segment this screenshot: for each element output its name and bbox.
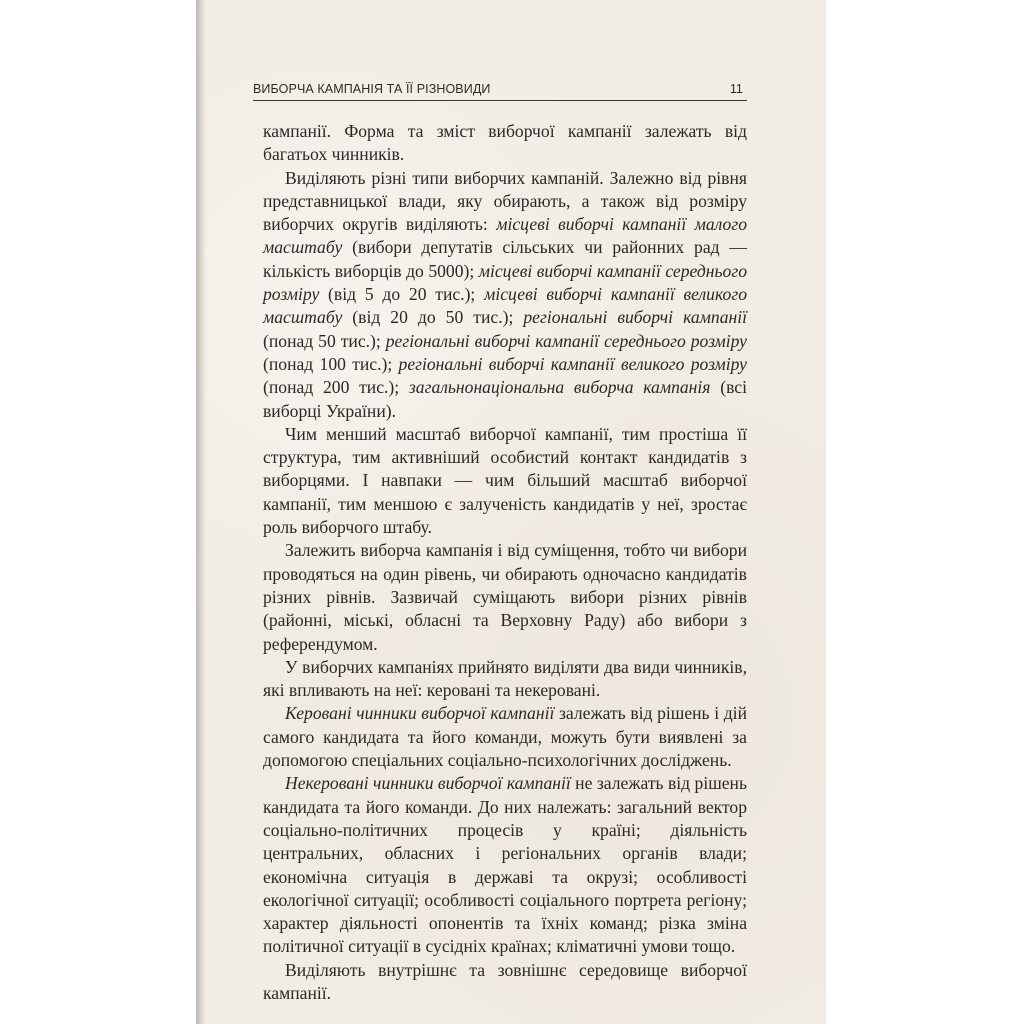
book-page: ВИБОРЧА КАМПАНІЯ ТА ЇЇ РІЗНОВИДИ 11 камп…	[196, 0, 826, 1024]
italic-term: Некеровані чинники виборчої кампанії	[285, 773, 571, 793]
running-header: ВИБОРЧА КАМПАНІЯ ТА ЇЇ РІЗНОВИДИ 11	[253, 80, 747, 101]
italic-term: загальнонаціональна виборча кампанія	[409, 377, 711, 397]
paragraph: Виділяють внутрішнє та зовнішнє середови…	[263, 959, 747, 1006]
paragraph: Керовані чинники виборчої кампанії залеж…	[263, 702, 747, 772]
paragraph: Чим менший масштаб виборчої кампанії, ти…	[263, 423, 747, 539]
text-segment: (понад 200 тис.);	[263, 377, 409, 397]
body-text: кампанії. Форма та зміст виборчої кампан…	[263, 120, 747, 1005]
chapter-title: ВИБОРЧА КАМПАНІЯ ТА ЇЇ РІЗНОВИДИ	[253, 82, 490, 96]
text-segment: не залежать від рішень кандидата та його…	[263, 773, 747, 956]
text-segment: Залежить виборча кампанія і від суміщенн…	[263, 540, 747, 653]
italic-term: регіональні виборчі кампанії середнього …	[386, 331, 747, 351]
paragraph: Залежить виборча кампанія і від суміщенн…	[263, 539, 747, 655]
text-segment: (від 20 до 50 тис.);	[342, 307, 523, 327]
page-number: 11	[730, 82, 743, 96]
paragraph: кампанії. Форма та зміст виборчої кампан…	[263, 120, 747, 167]
text-segment: (понад 100 тис.);	[263, 354, 399, 374]
text-segment: (понад 50 тис.);	[263, 331, 386, 351]
paragraph: Некеровані чинники виборчої кампанії не …	[263, 772, 747, 958]
paragraph: У виборчих кампаніях прийнято виділяти д…	[263, 656, 747, 703]
italic-term: регіональні виборчі кампанії великого ро…	[399, 354, 747, 374]
text-segment: У виборчих кампаніях прийнято виділяти д…	[263, 657, 747, 700]
text-segment: Виділяють внутрішнє та зовнішнє середови…	[263, 960, 747, 1003]
italic-term: Керовані чинники виборчої кампанії	[285, 703, 554, 723]
text-segment: Чим менший масштаб виборчої кампанії, ти…	[263, 424, 747, 537]
italic-term: регіональні виборчі кампанії	[523, 307, 747, 327]
text-segment: кампанії. Форма та зміст виборчої кампан…	[263, 121, 747, 164]
page-gutter-shadow	[196, 0, 206, 1024]
paragraph: Виділяють різні типи виборчих кампаній. …	[263, 167, 747, 423]
text-segment: (від 5 до 20 тис.);	[319, 284, 484, 304]
